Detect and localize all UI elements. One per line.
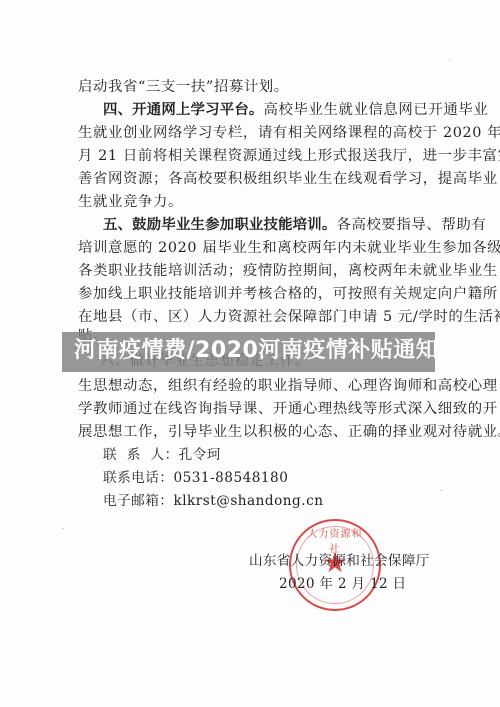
section-six-line: 展思想工作，引导毕业生以积极的心态、正确的择业观对待就业。 (78, 422, 431, 442)
section-four-heading: 四、开通网上学习平台。 (103, 102, 264, 118)
contact-email-value: klkrst@shandong.cn (173, 493, 323, 509)
contact-person-label: 联 系 人： (103, 447, 179, 463)
section-six-line: 学教师通过在线咨询指导课、开通心理热线等形式深入细致的开 (78, 399, 431, 419)
issuer-name: 山东省人力资源和社会保障厅 (249, 551, 430, 571)
contact-email: 电子邮箱：klkrst@shandong.cn (103, 491, 323, 511)
paragraph-three-tail: 启动我省“三支一扶”招募计划。 (78, 77, 431, 97)
contact-phone-value: 0531-88548180 (173, 470, 288, 486)
contact-person: 联 系 人：孔令珂 (103, 445, 221, 465)
banner-title: 河南疫情费/2020河南疫情补贴通知 (74, 335, 438, 367)
section-five-line: 参加线上职业技能培训并考核合格的，可按照有关规定向户籍所 (78, 284, 431, 304)
section-four-line: 月 21 日前将相关课程资源通过线上形式报送我厅，进一步丰富完 (78, 146, 431, 166)
section-five-heading: 五、鼓励毕业生参加职业技能培训。 (103, 217, 336, 233)
section-five-line: 在地县（市、区）人力资源社会保障部门申请 5 元/学时的生活补 (78, 307, 431, 327)
section-five-first-line: 五、鼓励毕业生参加职业技能培训。各高校要指导、帮助有 (103, 215, 431, 235)
section-four-first-line: 四、开通网上学习平台。高校毕业生就业信息网已开通毕业 (103, 100, 431, 120)
contact-phone: 联系电话：0531-88548180 (103, 468, 288, 488)
issue-date: 2020 年 2 月 12 日 (279, 574, 406, 594)
section-five-line: 培训意愿的 2020 届毕业生和离校两年内未就业毕业生参加各级 (78, 238, 431, 258)
contact-email-label: 电子邮箱： (103, 493, 173, 509)
contact-person-value: 孔令珂 (179, 447, 221, 463)
contact-phone-label: 联系电话： (103, 470, 173, 486)
section-five-line: 各类职业技能培训活动；疫情防控期间，离校两年未就业毕业生 (78, 261, 431, 281)
section-six-line: 生思想动态，组织有经验的职业指导师、心理咨询师和高校心理 (78, 376, 431, 396)
section-four-line: 生就业竞争力。 (78, 192, 431, 212)
section-four-line: 生就业创业网络学习专栏，请有相关网络课程的高校于 2020 年 2 (78, 123, 431, 143)
title-overlay-banner: 河南疫情费/2020河南疫情补贴通知 (62, 332, 435, 372)
section-four-line: 善省网资源；各高校要积极组织毕业生在线观看学习，提高毕业 (78, 169, 431, 189)
